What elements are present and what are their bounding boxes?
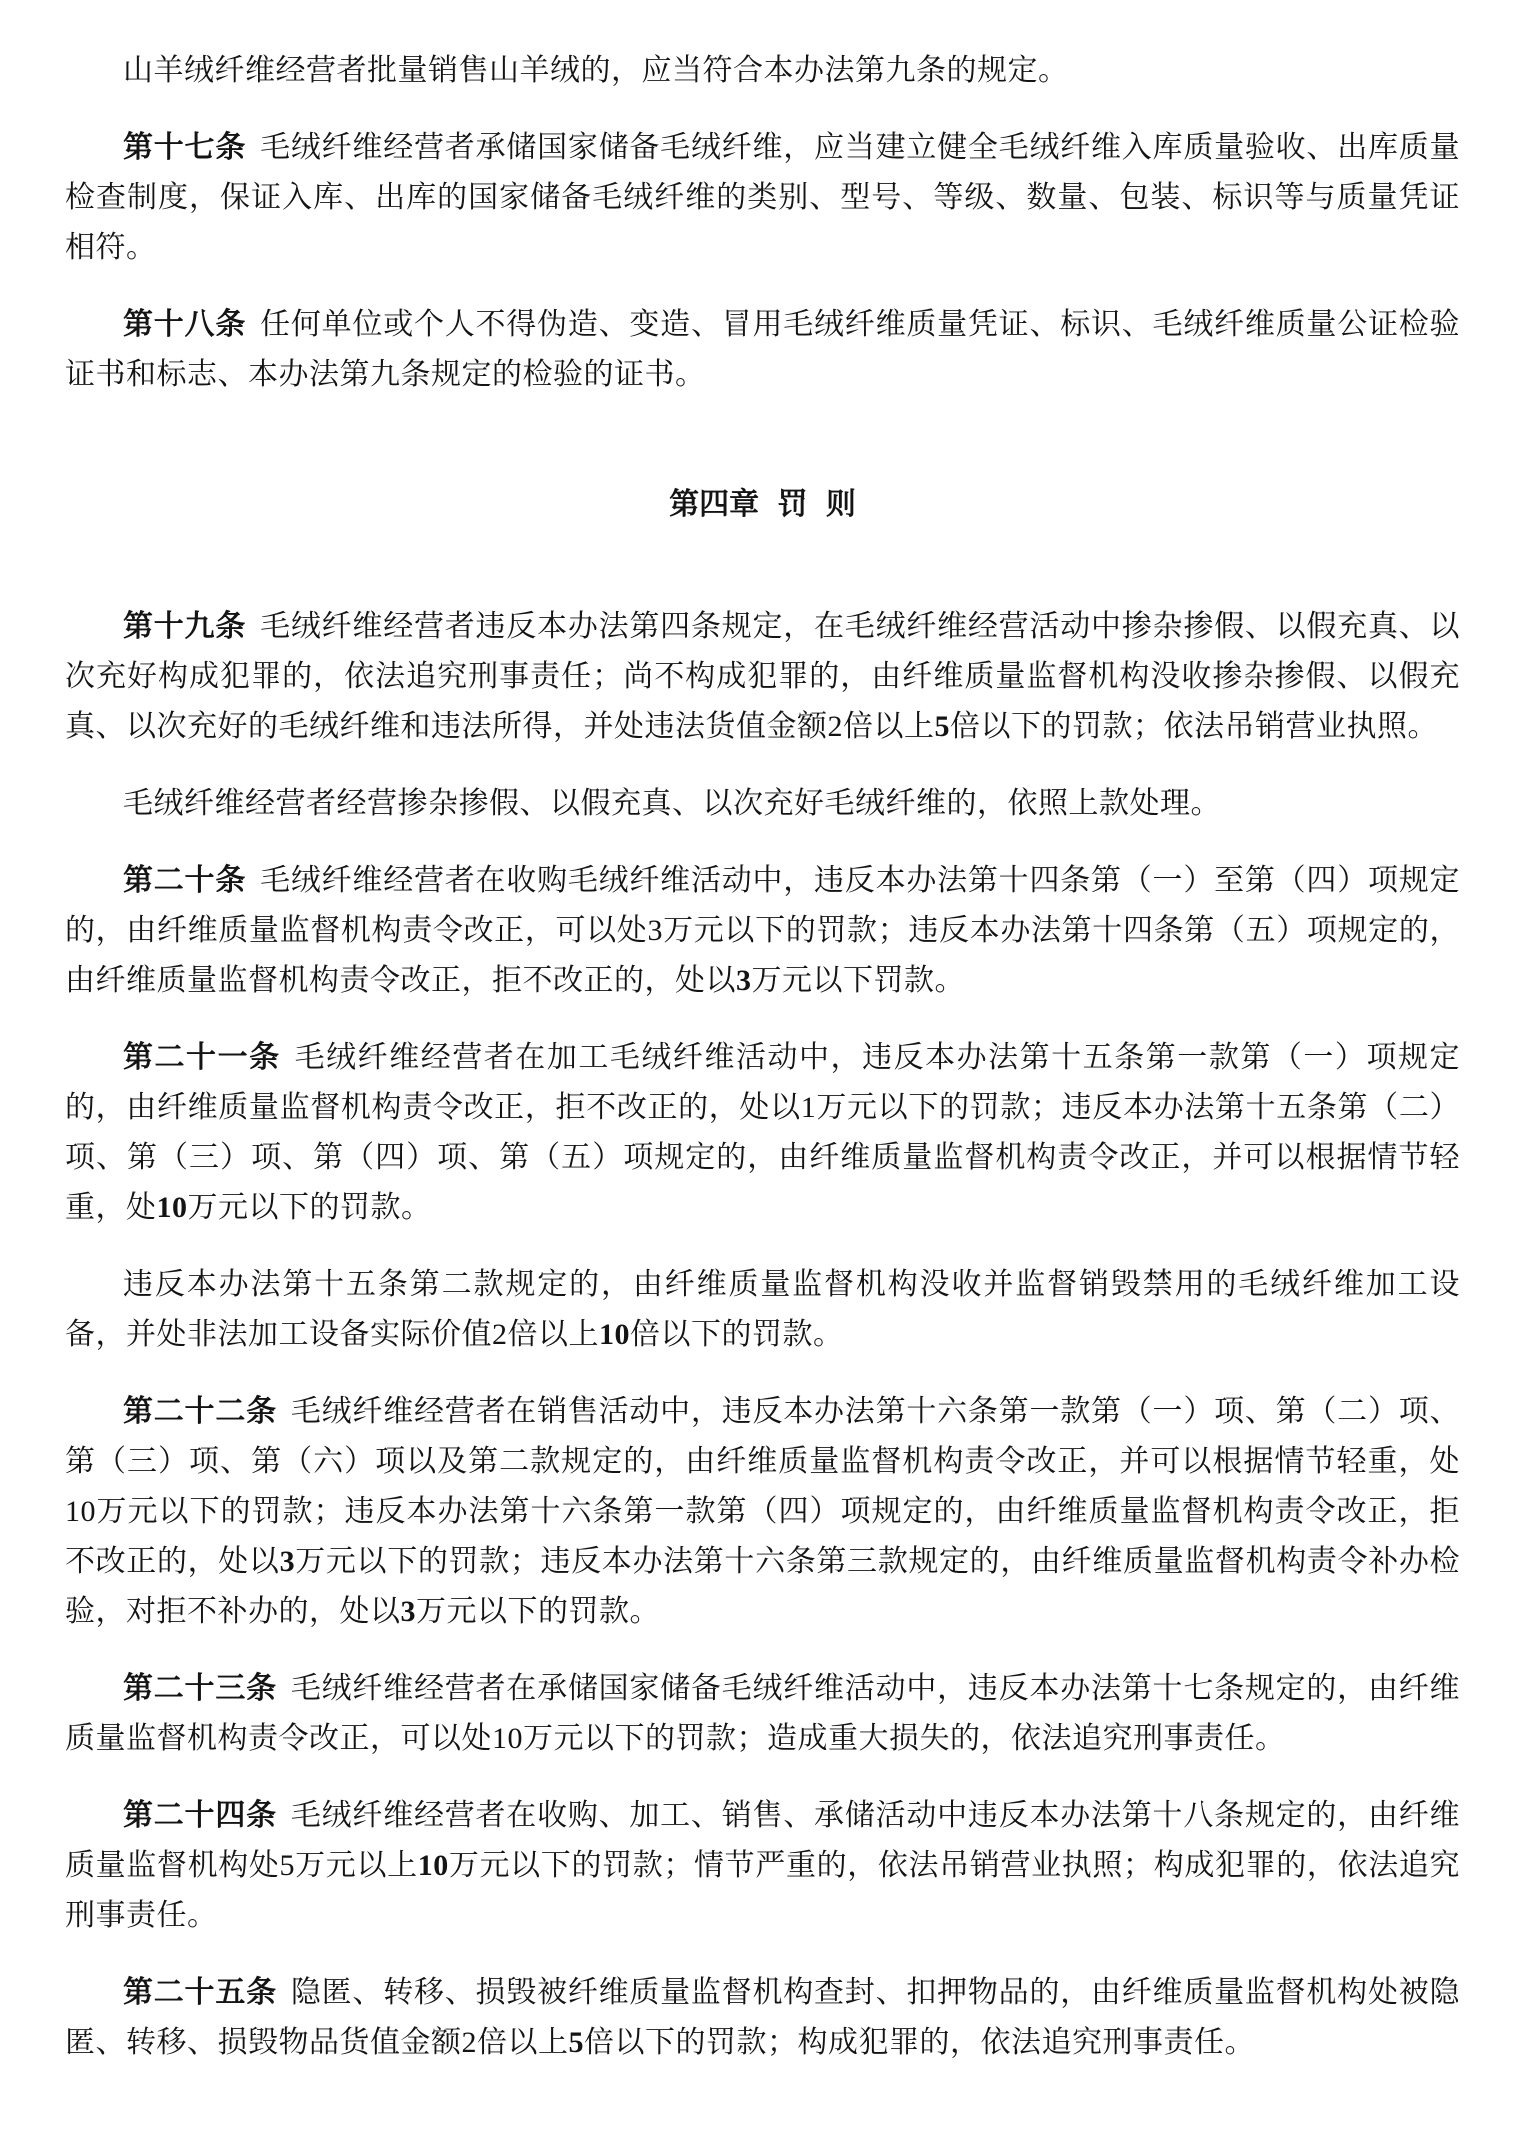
body-paragraph: 山羊绒纤维经营者批量销售山羊绒的，应当符合本办法第九条的规定。 [65, 46, 1460, 96]
text-run: 倍以下的罚款。 [630, 1318, 844, 1351]
article-number: 第十九条 [123, 610, 246, 643]
article-number: 第十七条 [123, 131, 246, 164]
article-paragraph: 第十七条毛绒纤维经营者承储国家储备毛绒纤维，应当建立健全毛绒纤维入库质量验收、出… [65, 123, 1460, 273]
document-body: 山羊绒纤维经营者批量销售山羊绒的，应当符合本办法第九条的规定。第十七条毛绒纤维经… [65, 46, 1460, 2068]
article-paragraph: 第二十四条毛绒纤维经营者在收购、加工、销售、承储活动中违反本办法第十八条规定的，… [65, 1791, 1460, 1941]
body-paragraph: 毛绒纤维经营者经营掺杂掺假、以假充真、以次充好毛绒纤维的，依照上款处理。 [65, 779, 1460, 829]
document-page: 山羊绒纤维经营者批量销售山羊绒的，应当符合本办法第九条的规定。第十七条毛绒纤维经… [0, 0, 1520, 2150]
article-paragraph: 第二十三条毛绒纤维经营者在承储国家储备毛绒纤维活动中，违反本办法第十七条规定的，… [65, 1664, 1460, 1764]
article-paragraph: 第二十条毛绒纤维经营者在收购毛绒纤维活动中，违反本办法第十四条第（一）至第（四）… [65, 856, 1460, 1006]
text-run: 倍以下的罚款；构成犯罪的，依法追究刑事责任。 [584, 2026, 1255, 2059]
bold-number: 5 [569, 2026, 585, 2059]
bold-number: 3 [280, 1545, 296, 1578]
text-run: 万元以下罚款。 [752, 964, 966, 997]
article-paragraph: 第十九条毛绒纤维经营者违反本办法第四条规定，在毛绒纤维经营活动中掺杂掺假、以假充… [65, 602, 1460, 752]
chapter-heading: 第四章 罚 则 [65, 480, 1460, 530]
article-number: 第二十条 [123, 864, 246, 897]
article-number: 第二十三条 [123, 1672, 277, 1705]
bold-number: 3 [736, 964, 752, 997]
text-run: 倍以下的罚款；依法吊销营业执照。 [950, 710, 1438, 743]
article-number: 第二十一条 [123, 1041, 281, 1074]
article-paragraph: 第二十五条隐匿、转移、损毁被纤维质量监督机构查封、扣押物品的，由纤维质量监督机构… [65, 1968, 1460, 2068]
bold-number: 10 [599, 1318, 630, 1351]
article-paragraph: 第十八条任何单位或个人不得伪造、变造、冒用毛绒纤维质量凭证、标识、毛绒纤维质量公… [65, 300, 1460, 400]
text-run: 山羊绒纤维经营者批量销售山羊绒的，应当符合本办法第九条的规定。 [123, 54, 1069, 87]
bold-number: 10 [157, 1191, 188, 1224]
article-number: 第二十四条 [123, 1799, 277, 1832]
article-paragraph: 第二十一条毛绒纤维经营者在加工毛绒纤维活动中，违反本办法第十五条第一款第（一）项… [65, 1033, 1460, 1233]
text-run: 毛绒纤维经营者经营掺杂掺假、以假充真、以次充好毛绒纤维的，依照上款处理。 [123, 787, 1221, 820]
article-number: 第十八条 [123, 308, 246, 341]
text-run: 任何单位或个人不得伪造、变造、冒用毛绒纤维质量凭证、标识、毛绒纤维质量公证检验证… [65, 308, 1460, 391]
text-run: 万元以下的罚款。 [188, 1191, 432, 1224]
bold-number: 10 [418, 1849, 449, 1882]
article-number: 第二十二条 [123, 1395, 277, 1428]
article-paragraph: 第二十二条毛绒纤维经营者在销售活动中，违反本办法第十六条第一款第（一）项、第（二… [65, 1387, 1460, 1637]
article-number: 第二十五条 [123, 1976, 277, 2009]
bold-number: 3 [401, 1595, 417, 1628]
text-run: 毛绒纤维经营者承储国家储备毛绒纤维，应当建立健全毛绒纤维入库质量验收、出库质量检… [65, 131, 1460, 264]
text-run: 万元以下的罚款。 [416, 1595, 660, 1628]
bold-number: 5 [935, 710, 951, 743]
body-paragraph: 违反本办法第十五条第二款规定的，由纤维质量监督机构没收并监督销毁禁用的毛绒纤维加… [65, 1260, 1460, 1360]
